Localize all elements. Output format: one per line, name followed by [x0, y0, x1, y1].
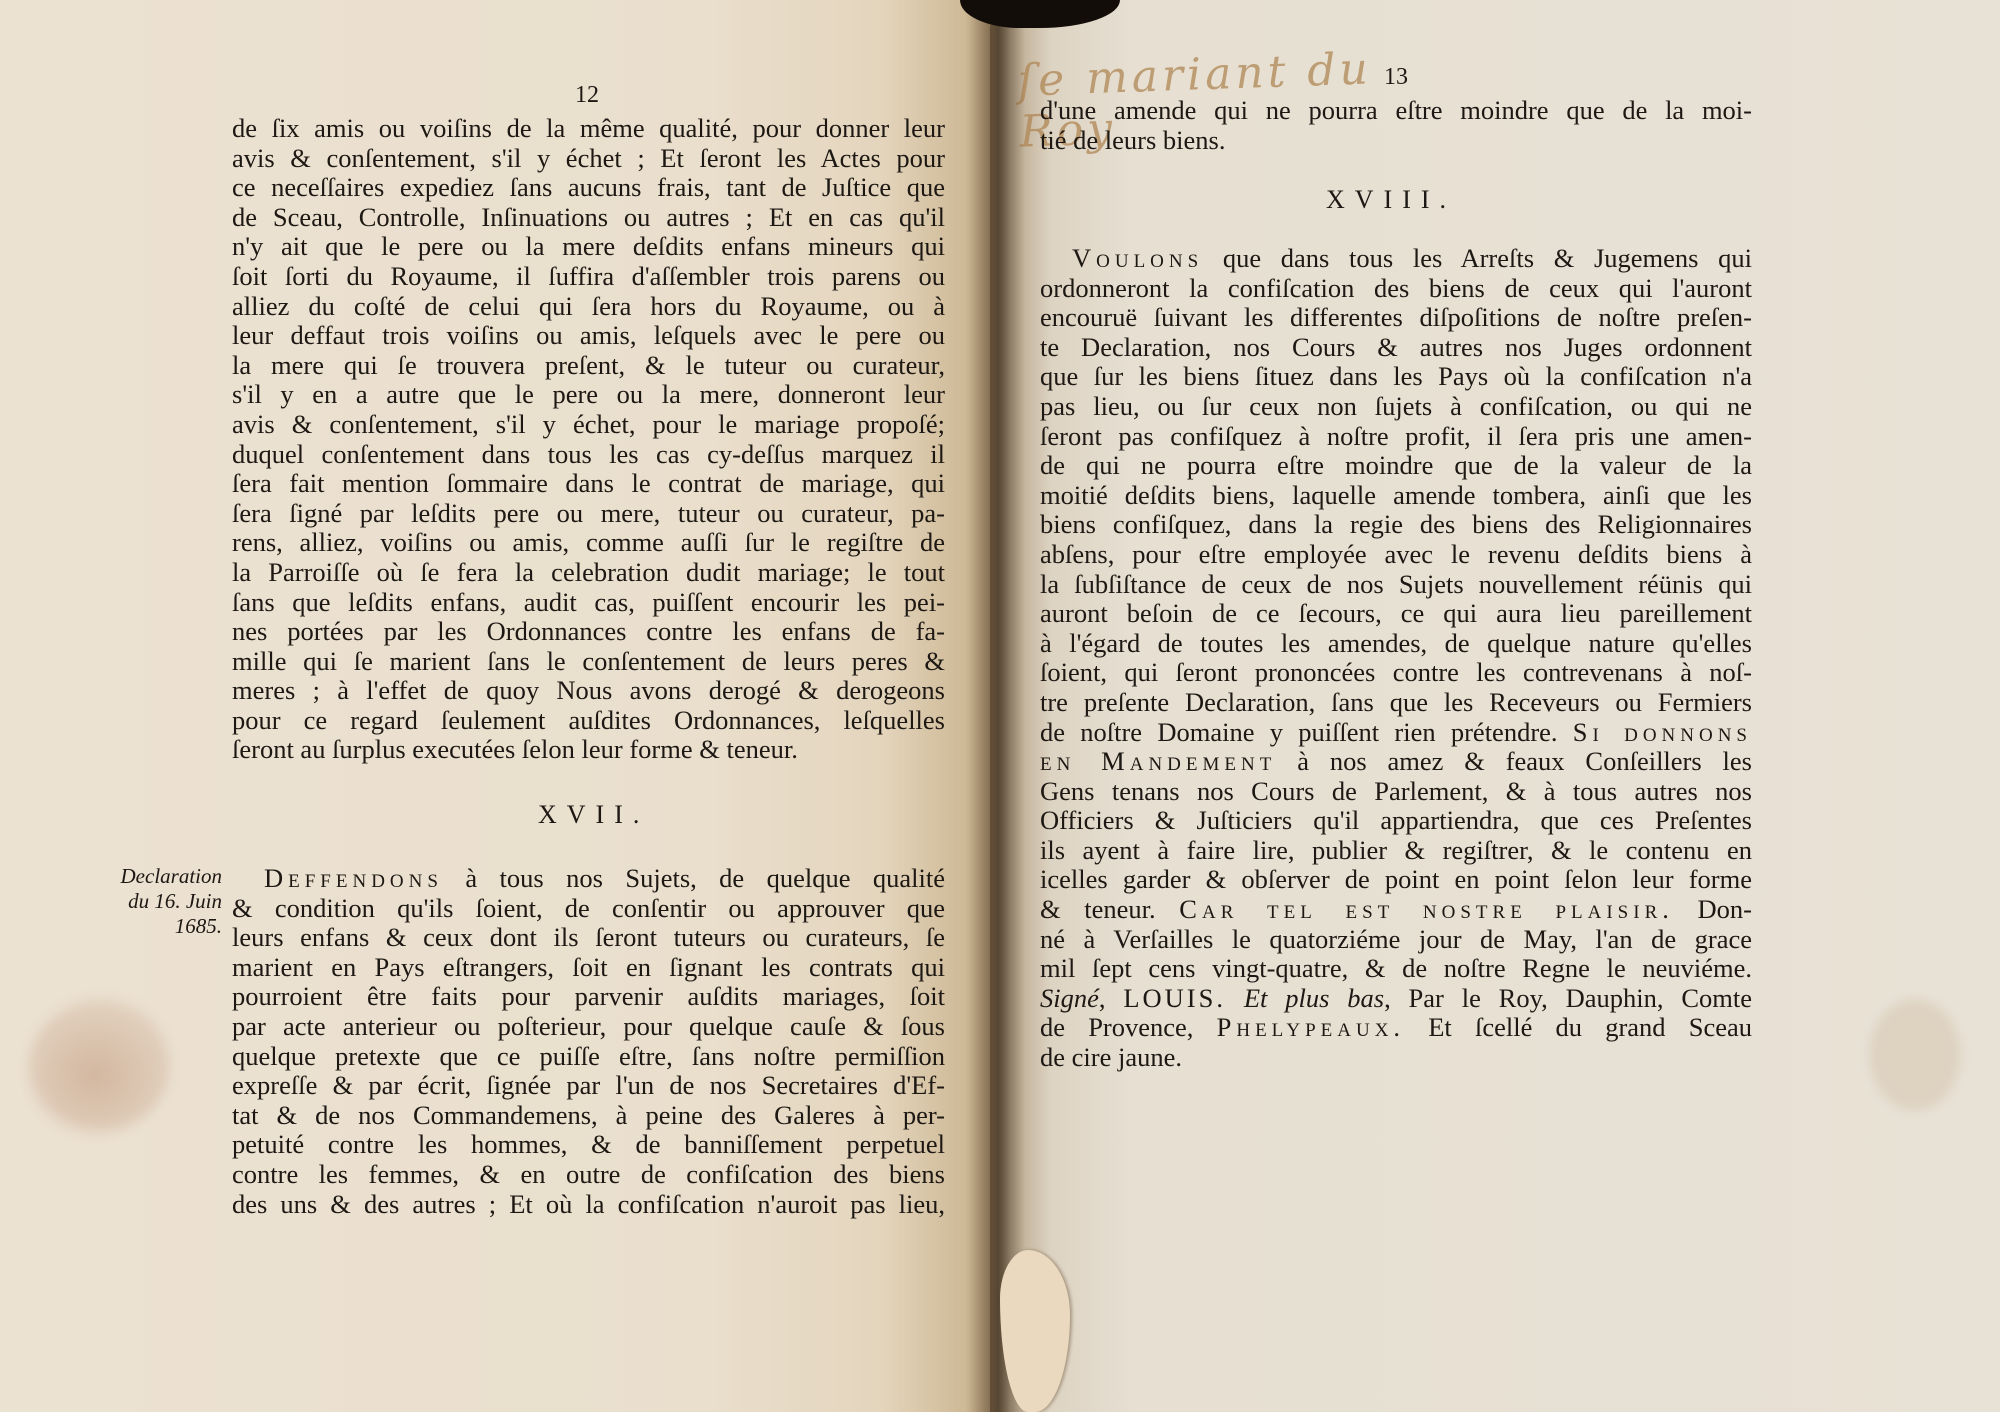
text-line: nes portées par les Ordonnances contre l… — [232, 617, 945, 647]
article-xviii-text: Voulons que dans tous les Arreſts & Juge… — [1040, 244, 1752, 1073]
open-book-spread: 12 de ſix amis ou voiſins de la même qua… — [0, 0, 2000, 1412]
text-line: tié de leurs biens. — [1040, 126, 1752, 156]
text-line: s'il y en a autre que le pere ou la mere… — [232, 380, 945, 410]
text-line: Gens tenans nos Cours de Parlement, & à … — [1040, 777, 1752, 807]
text-line: de noſtre Domaine y puiſſent rien préten… — [1040, 718, 1752, 748]
page-number-right: 13 — [1384, 64, 1408, 91]
text-line: né à Verſailles le quatorziéme jour de M… — [1040, 925, 1752, 955]
right-continuation-text: d'une amende qui ne pourra eſtre moindre… — [1040, 96, 1752, 155]
text-line: contre les femmes, & en outre de confiſc… — [232, 1160, 945, 1190]
text-line: auront beſoin de ce ſecours, ce qui aura… — [1040, 599, 1752, 629]
text-line: meres ; à l'effet de quoy Nous avons der… — [232, 676, 945, 706]
text-line: la mere qui ſe trouvera preſent, & le tu… — [232, 351, 945, 381]
countersignature-line: de Provence, Phelypeaux. Et ſcellé du gr… — [1040, 1013, 1752, 1043]
text-line: ſoit ſorti du Royaume, il ſuffira d'aſſe… — [232, 262, 945, 292]
text-line: duquel conſentement dans tous les cas cy… — [232, 440, 945, 470]
text-line: leurs enfans & ceux dont ils ſeront tute… — [232, 923, 945, 953]
text-line: la ſubſiſtance de ceux de nos Sujets nou… — [1040, 570, 1752, 600]
text-line: en Mandement à nos amez & feaux Conſeill… — [1040, 747, 1752, 777]
left-continuation-text: de ſix amis ou voiſins de la même qualit… — [232, 114, 945, 765]
text-line: expreſſe & par écrit, ſignée par l'un de… — [232, 1071, 945, 1101]
text-line: mil ſept cens vingt-quatre, & de noſtre … — [1040, 954, 1752, 984]
text-line: leur deffaut trois voiſins ou amis, leſq… — [232, 321, 945, 351]
text-line: & teneur. Car tel est nostre plaisir. Do… — [1040, 895, 1752, 925]
text-line: icelles garder & obſerver de point en po… — [1040, 865, 1752, 895]
margin-note-line: 1685. — [82, 914, 222, 939]
initial-word: Deffendons — [264, 863, 443, 893]
signature-line: Signé, LOUIS. Et plus bas, Par le Roy, D… — [1040, 984, 1752, 1014]
text-line: Voulons que dans tous les Arreſts & Juge… — [1040, 244, 1752, 274]
text-line: de cire jaune. — [1040, 1043, 1752, 1073]
article-xvii-text: Deffendons à tous nos Sujets, de quelque… — [232, 864, 945, 1219]
text-line: rens, alliez, voiſins ou amis, comme auſ… — [232, 528, 945, 558]
text-line: te Declaration, nos Cours & autres nos J… — [1040, 333, 1752, 363]
text-line: ſans que leſdits enfans, audit cas, puiſ… — [232, 588, 945, 618]
text-line: de ſix amis ou voiſins de la même qualit… — [232, 114, 945, 144]
text-line: ſera ſigné par leſdits pere ou mere, tut… — [232, 499, 945, 529]
text-line: ce neceſſaires expediez ſans aucuns frai… — [232, 173, 945, 203]
text-line: moitié deſdits biens, laquelle amende to… — [1040, 481, 1752, 511]
text-line: d'une amende qui ne pourra eſtre moindre… — [1040, 96, 1752, 126]
text-line: avis & conſentement, s'il y échet, pour … — [232, 410, 945, 440]
text-line: la Parroiſſe où ſe fera la celebration d… — [232, 558, 945, 588]
text-line: de Sceau, Controlle, Inſinuations ou aut… — [232, 203, 945, 233]
text-line: ſeront pas confiſquez à noſtre profit, i… — [1040, 422, 1752, 452]
article-heading-xvii: XVII. — [538, 800, 649, 830]
article-heading-xviii: XVIII. — [1326, 185, 1456, 215]
text-line: des uns & des autres ; Et où la confiſca… — [232, 1190, 945, 1220]
text-line: pas lieu, ou ſur ceux non ſujets à confi… — [1040, 392, 1752, 422]
text-line: tat & de nos Commandemens, à peine des G… — [232, 1101, 945, 1131]
foxing-stain — [1870, 1000, 1960, 1110]
text-line: alliez du coſté de celui qui ſera hors d… — [232, 292, 945, 322]
foxing-stain — [30, 1000, 170, 1130]
text-line: encouruë ſuivant les differentes diſpoſi… — [1040, 303, 1752, 333]
text-line: quelque pretexte que ce puiſſe eſtre, ſa… — [232, 1042, 945, 1072]
text-line: pourroient être faits pour parvenir auſd… — [232, 982, 945, 1012]
text-line: marient en Pays eſtrangers, ſoit en ſign… — [232, 953, 945, 983]
text-line: Deffendons à tous nos Sujets, de quelque… — [232, 864, 945, 894]
text-line: ſoient, qui ſeront prononcées contre les… — [1040, 658, 1752, 688]
text-line: ſeront au ſurplus executées ſelon leur f… — [232, 735, 945, 765]
text-line: ordonneront la confiſcation des biens de… — [1040, 274, 1752, 304]
text-line: avis & conſentement, s'il y échet ; Et ſ… — [232, 144, 945, 174]
text-line: petuité contre les hommes, & de banniſſe… — [232, 1130, 945, 1160]
text-line: biens confiſquez, dans la regie des bien… — [1040, 510, 1752, 540]
text-line: par acte anterieur ou poſterieur, pour q… — [232, 1012, 945, 1042]
text-line: pour ce regard ſeulement auſdites Ordonn… — [232, 706, 945, 736]
text-line: mille qui ſe marient ſans le conſentemen… — [232, 647, 945, 677]
text-line: ſera fait mention ſommaire dans le contr… — [232, 469, 945, 499]
text-line: n'y ait que le pere ou la mere deſdits e… — [232, 232, 945, 262]
text-line: de qui ne pourra eſtre moindre que de la… — [1040, 451, 1752, 481]
page-number-left: 12 — [575, 82, 599, 109]
margin-note: Declaration du 16. Juin 1685. — [82, 864, 222, 939]
margin-note-line: Declaration — [82, 864, 222, 889]
text-line: ils ayent à faire lire, publier & regiſt… — [1040, 836, 1752, 866]
text-line: abſens, pour eſtre employée avec le reve… — [1040, 540, 1752, 570]
text-line: que ſur les biens ſituez dans les Pays o… — [1040, 362, 1752, 392]
initial-word: Voulons — [1072, 243, 1203, 273]
margin-note-line: du 16. Juin — [82, 889, 222, 914]
left-page: 12 de ſix amis ou voiſins de la même qua… — [0, 0, 1000, 1412]
text-line: & condition qu'ils ſoient, de conſentir … — [232, 894, 945, 924]
text-line: Officiers & Juſticiers qu'il appartiendr… — [1040, 806, 1752, 836]
text-line: tre preſente Declaration, ſans que les R… — [1040, 688, 1752, 718]
text-line: à l'égard de toutes les amendes, de quel… — [1040, 629, 1752, 659]
